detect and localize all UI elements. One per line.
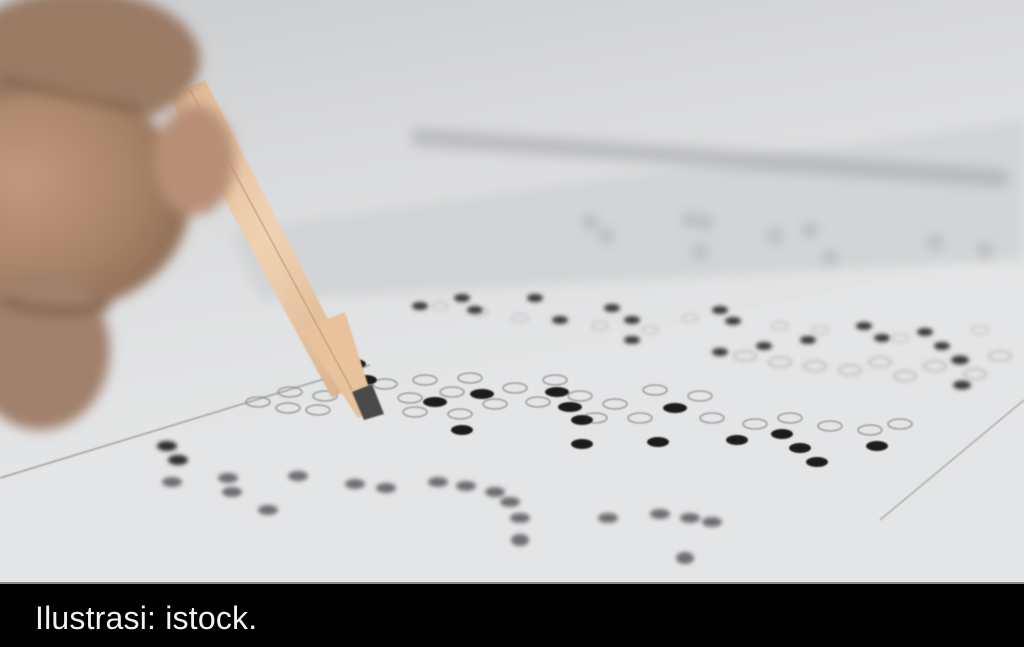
caption-bar: Ilustrasi: istock.: [0, 582, 1024, 647]
image-credit-caption: Ilustrasi: istock.: [35, 600, 257, 637]
hand: [0, 0, 235, 430]
photo-illustration: [0, 0, 1024, 582]
answer-sheet-photo: [0, 0, 1024, 582]
